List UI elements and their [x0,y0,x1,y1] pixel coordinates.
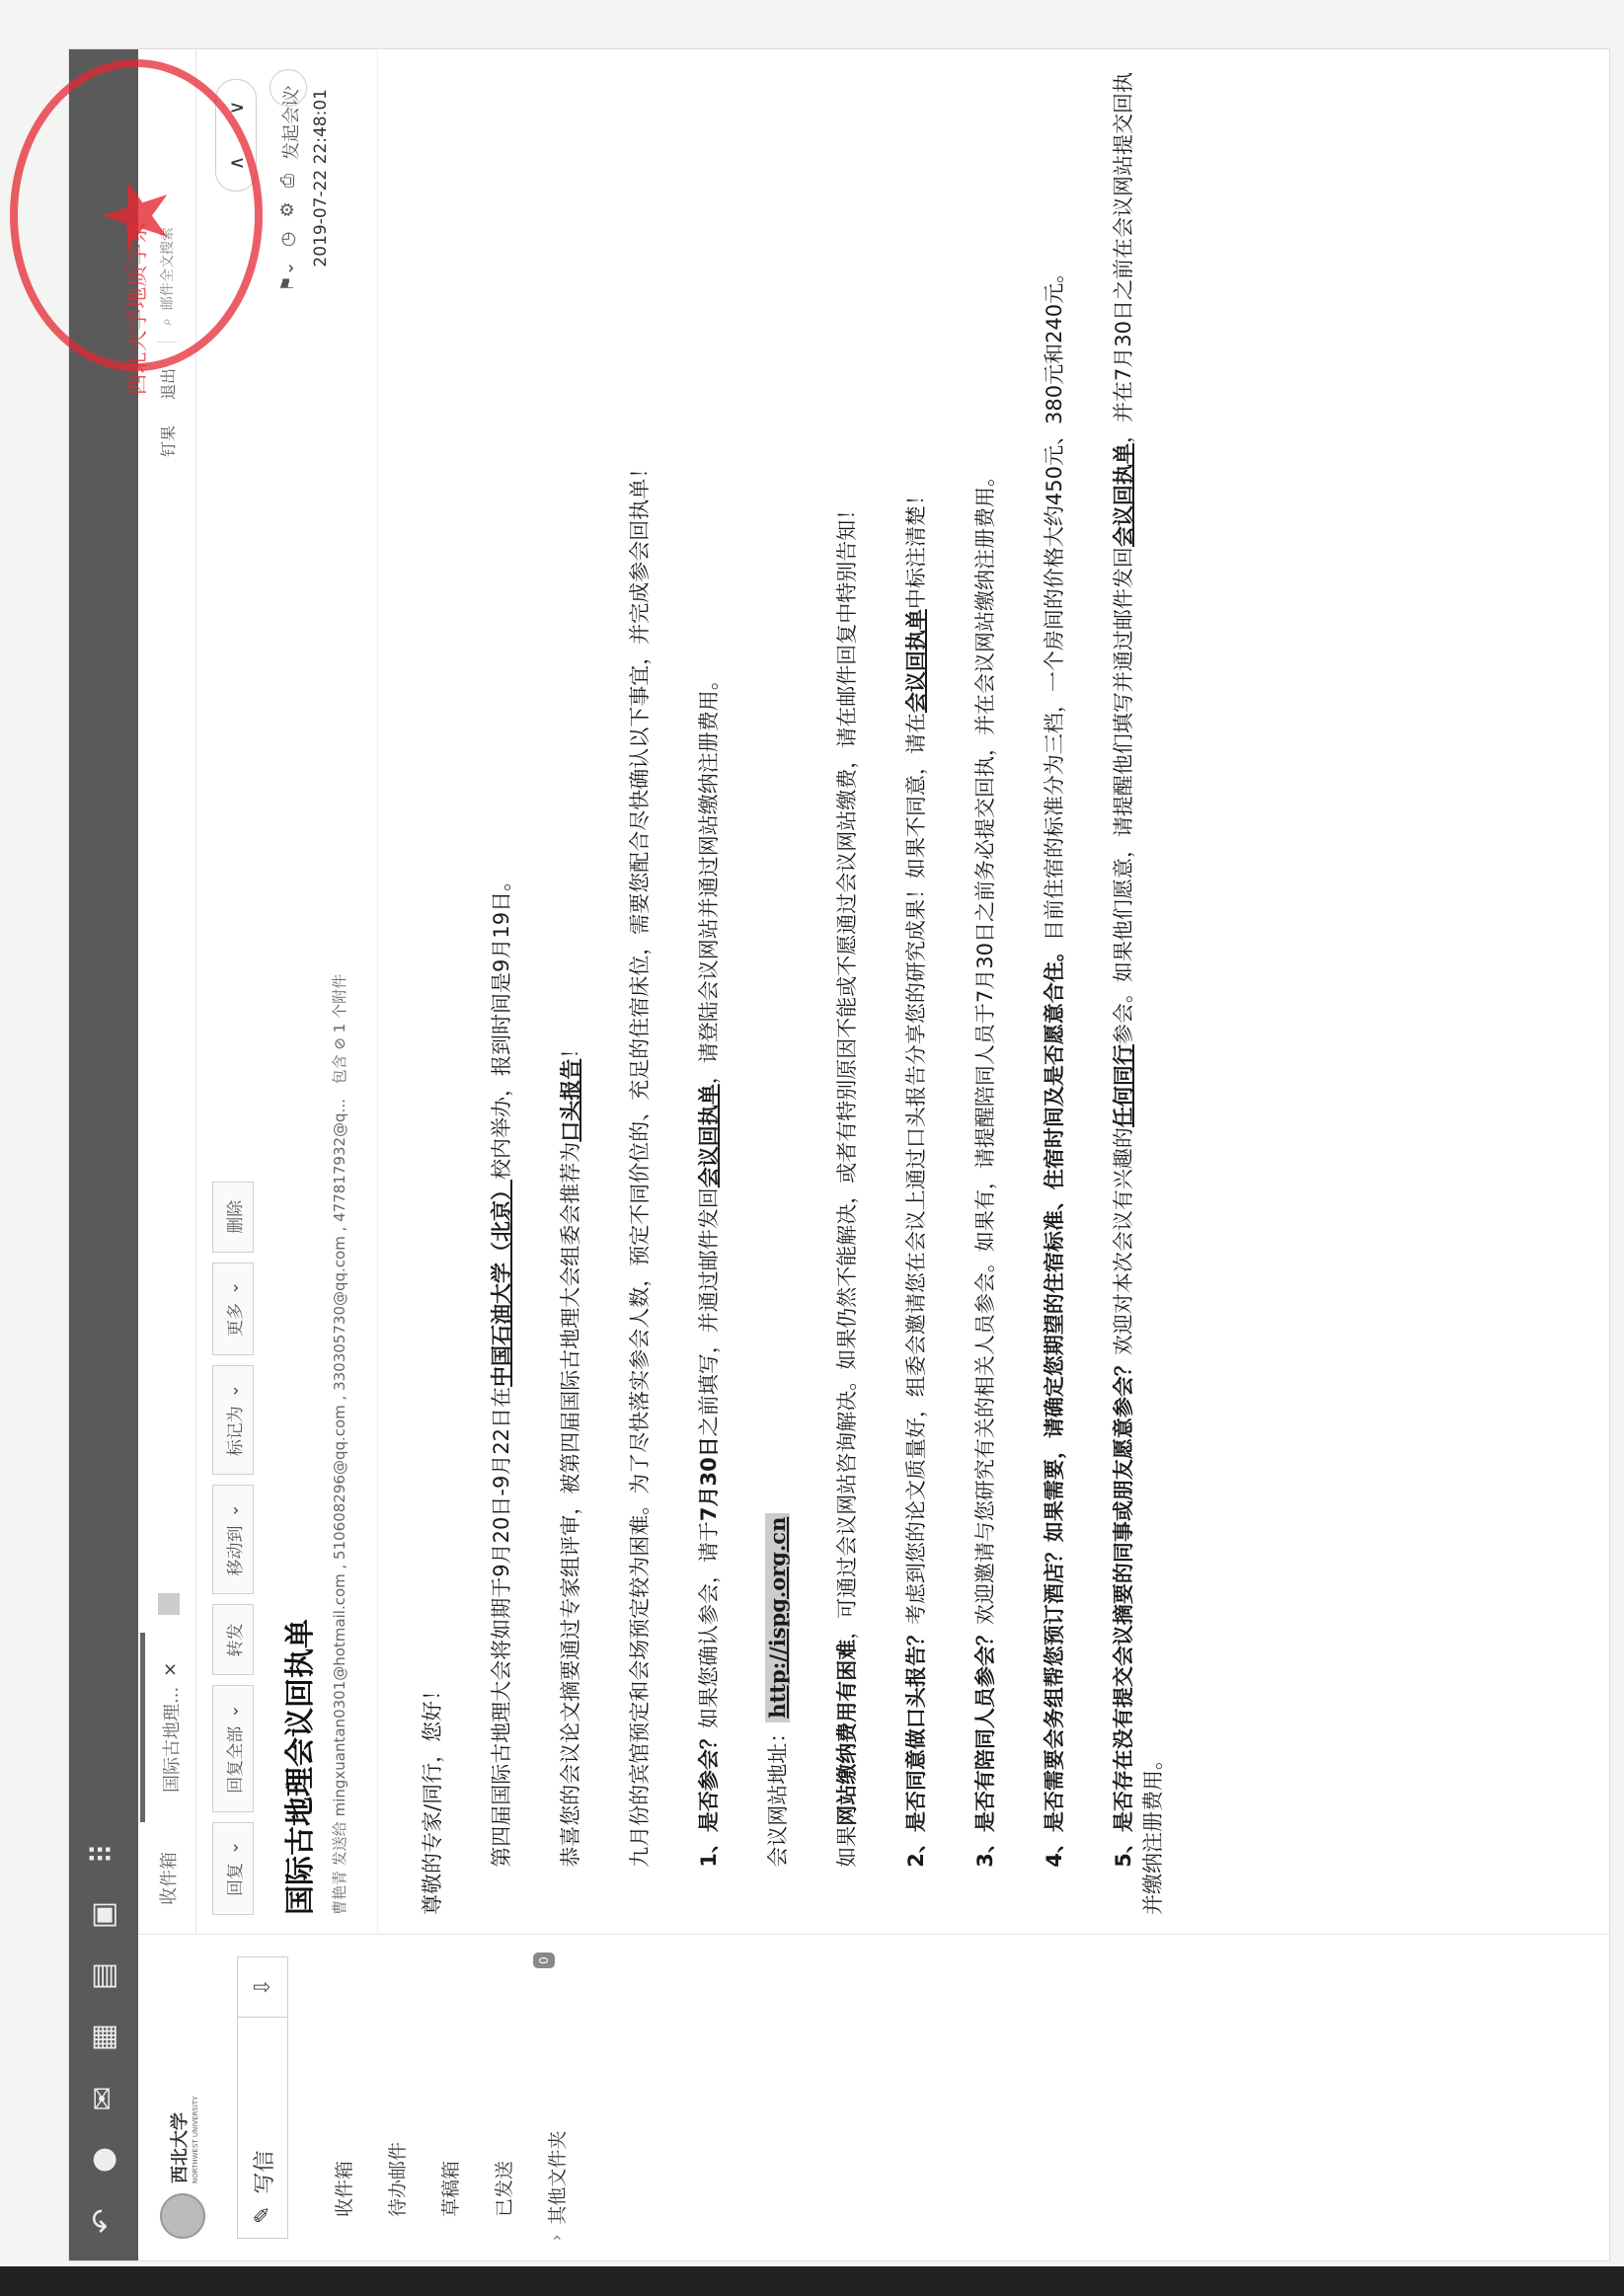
num: 1、 [697,1832,721,1868]
close-icon[interactable]: × [160,1662,181,1677]
message-header: 国际古地理会议回执单 曹艳青 发送给 mingxuantan0301@hotma… [262,49,359,1935]
question: 是否需要会务组帮您预订酒店？如果需要，请确定您期望的住宿标准、住宿时间及是否愿意… [1043,941,1066,1832]
folder-label: 收件箱 [330,2161,356,2217]
message-date: 2019-07-22 22:48:01 [311,89,331,291]
settings-icon[interactable]: ⚙ [277,201,303,217]
recipients[interactable]: mingxuantan0301@hotmail.com , 510608296@… [331,1099,348,1816]
greeting: 尊敬的专家/同行，您好！ [418,69,447,1915]
reply-button[interactable]: 回复⌄ [212,1822,254,1915]
tab-label: 收件箱 [155,1852,181,1905]
tab-inbox[interactable]: 收件箱 [140,1822,195,1935]
import-button[interactable]: ⇩ [238,1957,287,2018]
receipt: 会议回执单 [697,1084,721,1187]
folder-label: 待办邮件 [383,2142,410,2217]
text: 参会。如果他们愿意，请提醒他们填写并通过邮件发回 [1112,547,1135,1044]
text: ，可通过会议网站咨询解决。如果仍然不能解决，或者有特别原因不能或不愿通过会议网站… [835,499,859,1640]
text: ！ [559,1038,582,1059]
folder-other[interactable]: ›其他文件夹 [529,1935,582,2260]
header-actions: ⚑⌄ ◷ ⚙ ⎙ 发起会议 2019-07-22 22:48:01 [277,89,331,291]
receipt: 会议回执单 [1112,443,1135,547]
user-link[interactable]: 钉果 [156,425,179,457]
reply-all-button[interactable]: 回复全部⌄ [212,1686,254,1812]
mail-icon[interactable]: ✉ [82,2077,125,2120]
message-pane: 收件箱 国际古地理... × 钉果 退出 ⌕ 邮件全文搜索 回复⌄ 回复全部⌄ … [138,49,1609,1935]
sidebar: 西北大学 NORTHWEST UNIVERSITY ✎ 写信 ⇩ 收件箱 待办邮… [138,1934,1609,2260]
official-stamp: ★ 西北大学地质学系 [10,59,263,371]
text: 校内举办，报到时间是9月19日。 [490,871,513,1180]
seal-icon [160,2193,205,2239]
btn-label: 回复 [221,1863,246,1896]
move-to-button[interactable]: 移动到⌄ [212,1485,254,1594]
sender-name[interactable]: 曹艳青 [331,1871,348,1915]
item-5: 5、是否存在没有提交会议摘要的同事或朋友愿意参会？欢迎对本次会议有兴趣的任何同行… [1109,69,1168,1915]
compose-label: 写信 [248,2151,278,2194]
scanner-edge [0,2266,1624,2296]
item-2: 2、是否同意做口头报告？考虑到您的论文质量好，组委会邀请您在会议上通过口头报告分… [901,69,931,1915]
clock-icon[interactable]: ◷ [277,232,303,248]
num: 5、 [1112,1832,1135,1868]
more-button[interactable]: 更多⌄ [212,1263,254,1355]
logo-subtitle: NORTHWEST UNIVERSITY [192,2097,199,2184]
folder-todo[interactable]: 待办邮件 [369,1935,423,2260]
folder-drafts[interactable]: 草稿箱 [423,1935,476,2260]
logout-link[interactable]: 退出 [156,368,179,400]
num: 3、 [973,1832,997,1868]
logo-text: 西北大学 [166,2097,192,2184]
stamp-text: 西北大学地质学系 [120,221,151,395]
any-peer: 任何同行 [1112,1044,1135,1127]
message-meta: 曹艳青 发送给 mingxuantan0301@hotmail.com , 51… [329,69,349,1915]
text: 目前住宿的标准分为三档，一个房间的价格大约450元、380元和240元。 [1043,263,1066,941]
item-4: 4、是否需要会务组帮您预订酒店？如果需要，请确定您期望的住宿标准、住宿时间及是否… [1040,69,1069,1915]
pencil-icon: ✎ [251,2206,275,2224]
text: 中标注清楚！ [904,485,928,609]
text: 欢迎对本次会议有兴趣的 [1112,1127,1135,1355]
contacts-icon[interactable]: ▤ [82,1954,125,1998]
folder-list: 收件箱 待办邮件 草稿箱 已发送 ›其他文件夹 [316,1935,582,2260]
website-line: 会议网站地址：http://ispg.org.cn [763,69,793,1915]
tab-label: 国际古地理... [158,1687,184,1793]
mark-as-button[interactable]: 标记为⌄ [212,1365,254,1475]
item-3: 3、是否有陪同人员参会？欢迎邀请与您研究有关的相关人员参会。如果有，请提醒陪同人… [970,69,1000,1915]
deadline: 7月30日 [697,1436,721,1521]
message-subject: 国际古地理会议回执单 [275,69,319,1915]
btn-label: 转发 [221,1624,246,1657]
university-logo: 西北大学 NORTHWEST UNIVERSITY [138,1935,227,2260]
folder-sent[interactable]: 已发送 [476,1935,529,2260]
question: 是否存在没有提交会议摘要的同事或朋友愿意参会？ [1112,1355,1135,1832]
apps-grid-icon[interactable]: ⠿ [82,1832,125,1875]
site-label: 会议网站地址： [766,1722,790,1868]
paperclip-icon: ⊘ [331,1037,348,1050]
text: 如果您确认参会，请于 [697,1521,721,1728]
notes-icon[interactable]: ▣ [82,1893,125,1937]
expand-icon[interactable]: › [270,69,307,107]
chevron-down-icon: ⌄ [223,1281,243,1295]
question: 是否参会？ [697,1728,721,1832]
tab-message[interactable]: 国际古地理... × [140,1633,195,1822]
para-intro: 第四届国际古地理大会将如期于9月20日-9月22日在中国石油大学（北京）校内举办… [487,69,516,1915]
print-icon[interactable]: ⎙ [277,174,303,188]
question: 是否同意做口头报告？ [904,1625,928,1832]
website-link[interactable]: http://ispg.org.cn [765,1513,790,1722]
import-icon: ⇩ [251,1978,275,1996]
calendar-icon[interactable]: ▦ [82,2016,125,2059]
receipt: 会议回执单 [904,609,928,713]
chevron-down-icon: ⌄ [223,1841,243,1855]
delete-button[interactable]: 删除 [212,1182,254,1253]
flag-icon[interactable]: ⚑⌄ [277,261,303,291]
text: 考虑到您的论文质量好，组委会邀请您在会议上通过口头报告分享您的研究成果！如果不同… [904,713,928,1625]
btn-label: 删除 [221,1200,246,1234]
text: 恭喜您的会议论文摘要通过专家组评审，被第四届国际古地理大会组委会推荐为 [559,1142,582,1868]
text: 如果 [835,1826,859,1868]
include-label: 包含 [331,1054,348,1084]
text: 欢迎邀请与您研究有关的相关人员参会。如果有，请提醒陪同人员于7月30日之前务必提… [973,466,997,1625]
chevron-down-icon: ⌄ [223,1705,243,1719]
undo-icon[interactable]: ↶ [82,2199,125,2243]
chevron-down-icon: ⌄ [223,1384,243,1398]
folder-label: 已发送 [490,2161,516,2217]
chevron-down-icon: ⌄ [223,1503,243,1517]
chevron-right-icon: › [547,2235,566,2241]
sent-to-label: 发送给 [331,1821,348,1866]
rotated-screenshot: ↶ ● ✉ ▦ ▤ ▣ ⠿ 西北大学 NORTHWEST UNIVERSITY … [69,49,1609,2260]
new-tab-icon[interactable] [158,1593,180,1615]
mail-app: 西北大学 NORTHWEST UNIVERSITY ✎ 写信 ⇩ 收件箱 待办邮… [138,49,1609,2260]
text: 之前填写，并通过邮件发回 [697,1187,721,1436]
text: ，请登陆会议网站并通过网站缴纳注册费用。 [697,669,721,1084]
num: 2、 [904,1832,928,1868]
item-1: 1、是否参会？如果您确认参会，请于7月30日之前填写，并通过邮件发回会议回执单，… [694,69,724,1915]
para-congrats: 恭喜您的会议论文摘要通过专家组评审，被第四届国际古地理大会组委会推荐为口头报告！ [556,69,585,1915]
question: 是否有陪同人员参会？ [973,1625,997,1832]
oral-report: 口头报告 [559,1059,582,1142]
fee-note: 如果网站缴纳费用有困难，可通过会议网站咨询解决。如果仍然不能解决，或者有特别原因… [832,69,862,1915]
text-bold: 网站缴纳费用有困难 [835,1640,859,1826]
attachment-link[interactable]: 1 个附件 [331,974,348,1033]
text: 第四届国际古地理大会将如期于9月20日-9月22日在 [490,1387,513,1868]
folder-label: 其他文件夹 [543,2131,570,2225]
venue: 中国石油大学（北京） [490,1180,513,1387]
compose-row: ✎ 写信 ⇩ [237,1956,288,2239]
sidebar-collapse-handle[interactable]: 0 [533,1952,555,1968]
folder-label: 草稿箱 [436,2161,463,2217]
compose-button[interactable]: ✎ 写信 [238,2018,287,2238]
message-body: 尊敬的专家/同行，您好！ 第四届国际古地理大会将如期于9月20日-9月22日在中… [377,49,1168,1935]
forward-button[interactable]: 转发 [212,1605,254,1676]
folder-inbox[interactable]: 收件箱 [316,1935,369,2260]
btn-label: 移动到 [221,1526,246,1576]
avatar-icon[interactable]: ● [82,2138,125,2181]
btn-label: 回复全部 [221,1726,246,1794]
btn-label: 更多 [221,1303,246,1337]
num: 4、 [1043,1832,1066,1868]
para-lodging: 九月份的宾馆预定和会场预定较为困难。为了尽快落实参会人数，预定不同价位的、充足的… [625,69,655,1915]
btn-label: 标记为 [221,1406,246,1456]
